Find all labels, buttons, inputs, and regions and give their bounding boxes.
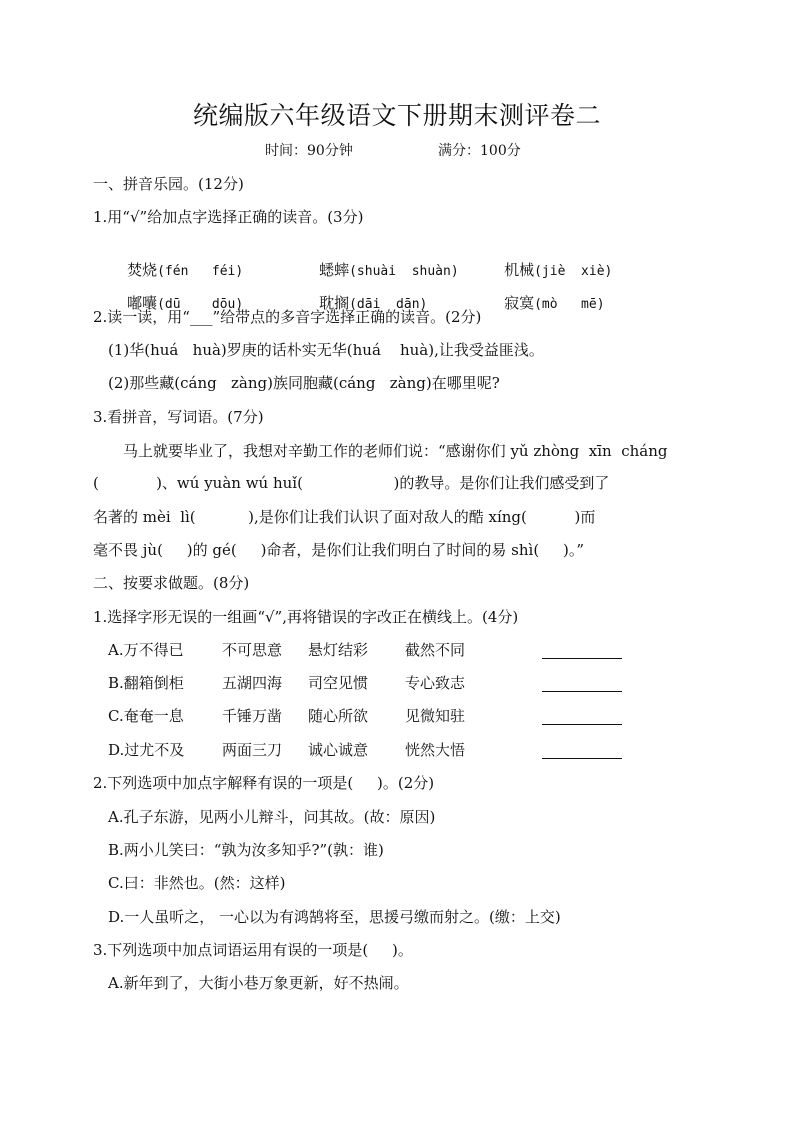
s2-q1-prompt: 1.选择字形无误的一组画“√”,再将错误的字改正在横线上。(4分) [93, 607, 518, 627]
row-word: 千锤万凿 [222, 706, 282, 726]
s2-q2-option[interactable]: D.一人虽听之， 一心以为有鸿鹄将至，思援弓缴而射之。(缴：上交) [108, 907, 561, 927]
answer-blank[interactable] [542, 758, 622, 759]
row-word: 悬灯结彩 [308, 640, 368, 660]
s1-q3-passage-line-1[interactable]: 马上就要毕业了，我想对辛勤工作的老师们说：“感谢你们 yǔ zhòng xīn … [123, 441, 667, 461]
row-option: B.翻箱倒柜 [108, 673, 184, 693]
row-option: C.奄奄一息 [108, 706, 184, 726]
s2-q2-option[interactable]: A.孔子东游，见两小儿辩斗，问其故。(故：原因) [108, 807, 435, 827]
s1-q2-sentence-1[interactable]: (1)华(huá huà)罗庚的话朴实无华(huá huà),让我受益匪浅。 [108, 340, 544, 360]
exam-time: 时间：90分钟 [265, 141, 353, 161]
row-option: D.过尤不及 [108, 740, 184, 760]
s2-q2-prompt: 2.下列选项中加点字解释有误的一项是( )。(2分) [93, 773, 434, 793]
answer-blank[interactable] [542, 658, 622, 659]
answer-blank[interactable] [542, 724, 622, 725]
row-word: 两面三刀 [222, 740, 282, 760]
s2-q3-prompt: 3.下列选项中加点词语运用有误的一项是( )。 [93, 940, 413, 960]
exam-title: 统编版六年级语文下册期末测评卷二 [0, 100, 794, 132]
s1-q2-prompt: 2.读一读，用“___”给带点的多音字选择正确的读音。(2分) [93, 307, 481, 327]
row-word: 恍然大悟 [405, 740, 465, 760]
row-option: A.万不得已 [108, 640, 184, 660]
row-word: 截然不同 [405, 640, 465, 660]
s1-q3-passage-line-4[interactable]: 毫不畏 jù( )的 gé( )命者，是你们让我们明白了时间的易 shì( )。… [93, 540, 584, 560]
s1-q1-prompt: 1.用“√”给加点字选择正确的读音。(3分) [93, 207, 363, 227]
item-options[interactable]: (mò mē) [534, 297, 604, 312]
row-word: 专心致志 [405, 673, 465, 693]
row-word: 见微知驻 [405, 706, 465, 726]
row-word: 五湖四海 [222, 673, 282, 693]
s1-q3-prompt: 3.看拼音，写词语。(7分) [93, 407, 264, 427]
exam-full-score: 满分：100分 [438, 141, 521, 161]
item-word: 寂寞 [504, 294, 534, 312]
s2-q3-option[interactable]: A.新年到了，大街小巷万象更新，好不热闹。 [108, 973, 409, 993]
row-word: 司空见惯 [308, 673, 368, 693]
section1-heading: 一、拼音乐园。(12分) [93, 174, 244, 194]
row-word: 不可思意 [222, 640, 282, 660]
answer-blank[interactable] [542, 691, 622, 692]
s2-q2-option[interactable]: C.曰：非然也。(然：这样) [108, 873, 285, 893]
s1-q3-passage-line-2[interactable]: ( )、wú yuàn wú huǐ( )的教导。是你们让我们感受到了 [93, 473, 609, 493]
s2-q2-option[interactable]: B.两小儿笑曰：“孰为汝多知乎?”(孰：谁) [108, 840, 384, 860]
s1-q3-passage-line-3[interactable]: 名著的 mèi lì( ),是你们让我们认识了面对敌人的酷 xíng( )而 [93, 507, 595, 527]
section2-heading: 二、按要求做题。(8分) [93, 573, 249, 593]
s1-q2-sentence-2[interactable]: (2)那些藏(cáng zàng)族同胞藏(cáng zàng)在哪里呢? [108, 373, 500, 393]
row-word: 随心所欲 [308, 706, 368, 726]
s1-q1-item: 寂寞(mò mē) [485, 273, 605, 335]
row-word: 诚心诚意 [308, 740, 368, 760]
